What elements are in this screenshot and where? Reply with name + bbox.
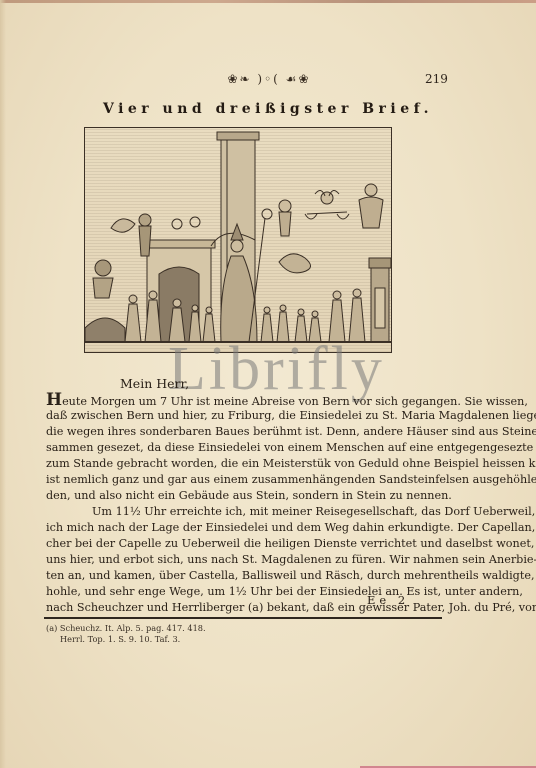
footnote: (a) Scheuchz. It. Alp. 5. pag. 417. 418. — [46, 623, 446, 634]
text-line: ten an, und kamen, über Castella, Ballis… — [46, 568, 454, 584]
footnote-divider — [44, 617, 442, 619]
letter-body: Heute Morgen um 7 Uhr ist meine Abreise … — [46, 392, 454, 616]
text-line: uns hier, und erbot sich, uns nach St. M… — [46, 552, 454, 568]
text-line: Um 11½ Uhr erreichte ich, mit meiner Rei… — [46, 504, 454, 520]
text-line: die wegen ihres sonderbaren Baues berühm… — [46, 424, 454, 440]
text-line: daß zwischen Bern und hier, zu Friburg, … — [46, 408, 454, 424]
page-number: 219 — [425, 72, 448, 86]
footnotes: (a) Scheuchz. It. Alp. 5. pag. 417. 418.… — [46, 623, 446, 645]
page-edge-top — [0, 0, 536, 3]
engraving-illustration — [84, 127, 392, 353]
header-ornament-icon: ❀❧ )◦( ☙❀ — [204, 72, 334, 86]
text-line: den, und also nicht ein Gebäude aus Stei… — [46, 488, 454, 504]
text-line: ich mich nach der Lage der Einsiedelei u… — [46, 520, 454, 536]
running-header: ❀❧ )◦( ☙❀ 219 — [0, 72, 536, 88]
drop-cap: H — [46, 390, 62, 410]
text-line: ist nemlich ganz und gar aus einem zusam… — [46, 472, 454, 488]
text-line: Heute Morgen um 7 Uhr ist meine Abreise … — [46, 392, 454, 408]
footnote: Herrl. Top. 1. S. 9. 10. Taf. 3. — [46, 634, 446, 645]
letter-salutation: Mein Herr, — [120, 376, 189, 391]
text-line: zum Stande gebracht worden, die ein Meis… — [46, 456, 454, 472]
chapter-title: Vier und dreißigster Brief. — [0, 101, 536, 117]
text-line: sammen gesezet, da diese Einsiedelei von… — [46, 440, 454, 456]
engraving-artwork — [85, 128, 391, 352]
signature-mark: Ee 2 — [367, 593, 409, 607]
text-line: cher bei der Capelle zu Ueberweil die he… — [46, 536, 454, 552]
book-page: ❀❧ )◦( ☙❀ 219 Vier und dreißigster Brief… — [0, 0, 536, 768]
